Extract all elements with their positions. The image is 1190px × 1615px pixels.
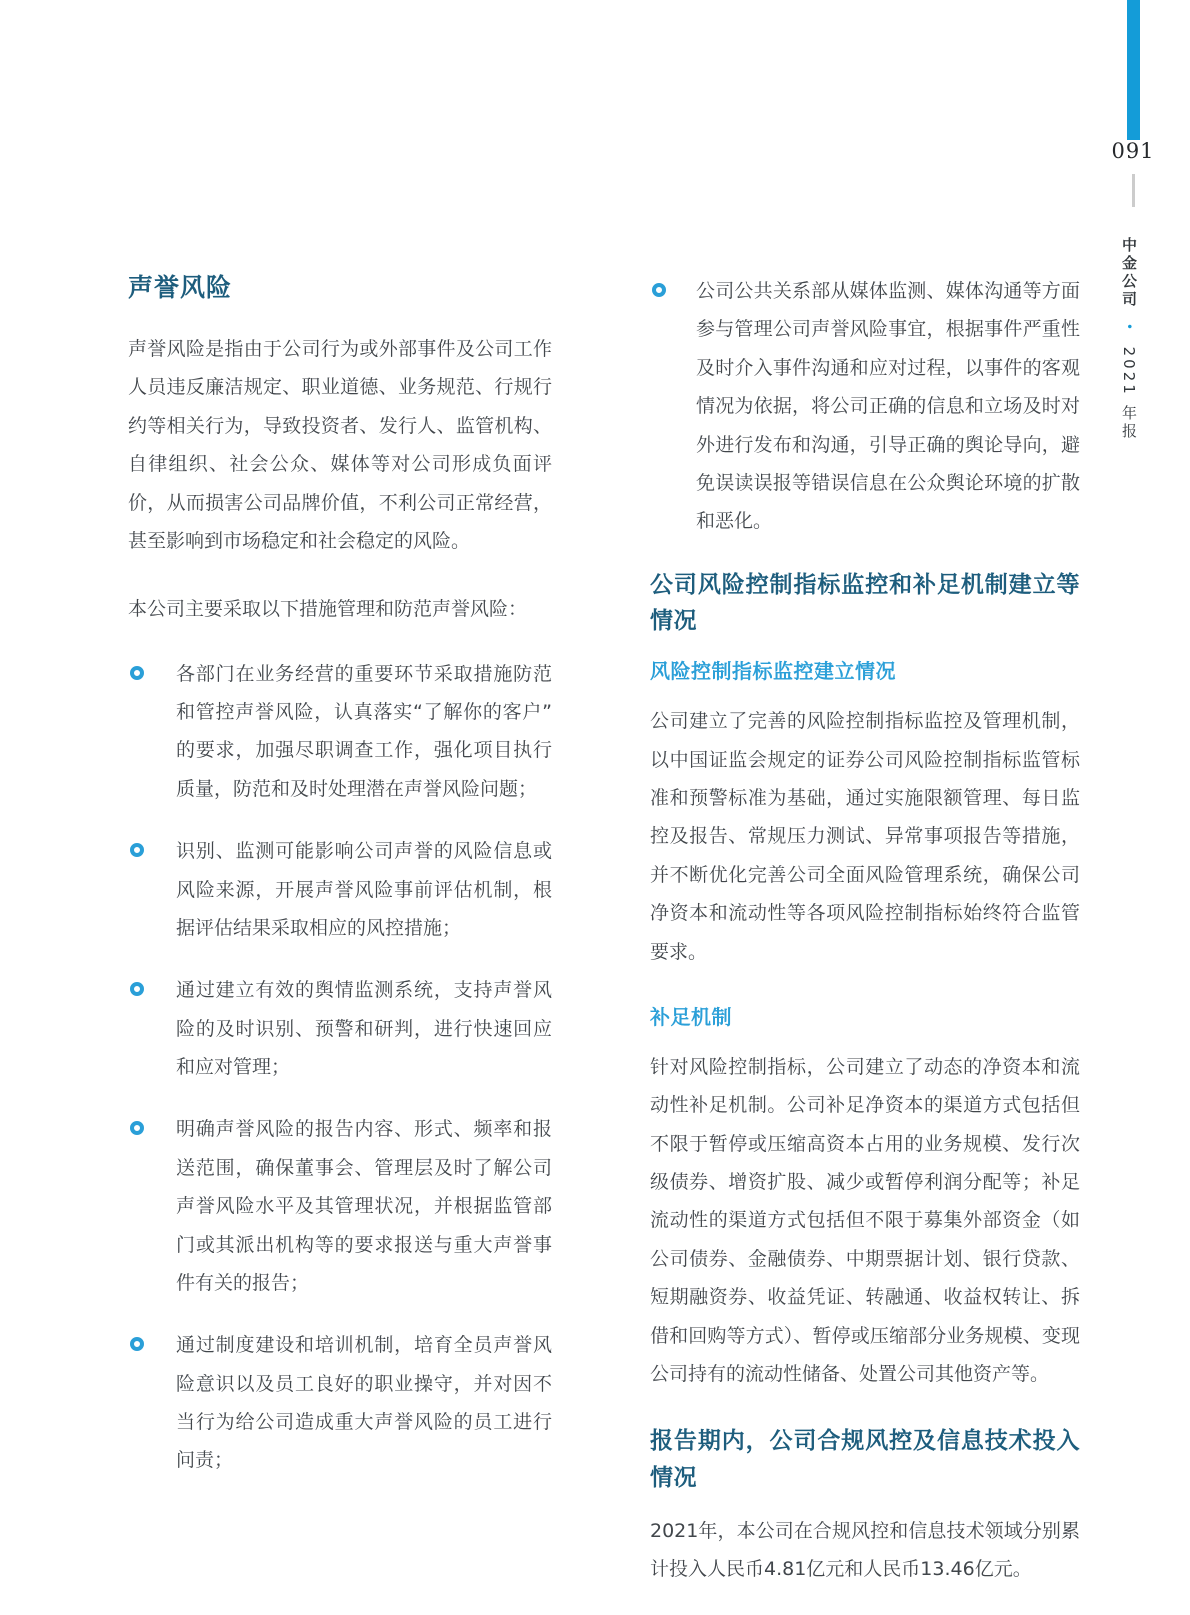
bullet-ring-icon — [130, 666, 144, 680]
page-number: 091 — [1106, 139, 1160, 163]
bullet-ring-icon — [130, 1121, 144, 1135]
bullet-ring-icon — [652, 283, 666, 297]
list-item: 通过建立有效的舆情监测系统，支持声誉风险的及时识别、预警和研判，进行快速回应和应… — [128, 971, 552, 1086]
list-item: 公司公共关系部从媒体监测、媒体沟通等方面参与管理公司声誉风险事宜，根据事件严重性… — [650, 272, 1080, 541]
replenishment-subheading: 补足机制 — [650, 1001, 1080, 1030]
list-item: 通过制度建设和培训机制，培育全员声誉风险意识以及员工良好的职业操守，并对因不当行… — [128, 1326, 552, 1480]
report-page: 091 中金公司 • 2021 年报 声誉风险 声誉风险是指由于公司行为或外部事… — [0, 0, 1190, 1615]
measures-lead: 本公司主要采取以下措施管理和防范声誉风险： — [128, 590, 552, 628]
margin-tick-line — [1132, 174, 1135, 207]
list-item-text: 通过制度建设和培训机制，培育全员声誉风险意识以及员工良好的职业操守，并对因不当行… — [176, 1334, 552, 1471]
risk-control-section-heading: 公司风险控制指标监控和补足机制建立等情况 — [650, 567, 1080, 640]
dot-separator-icon: • — [1122, 323, 1136, 333]
bullet-ring-icon — [130, 843, 144, 857]
bullet-ring-icon — [130, 1337, 144, 1351]
investment-paragraph: 2021年，本公司在合规风控和信息技术领域分别累计投入人民币4.81亿元和人民币… — [650, 1512, 1080, 1589]
margin-accent-bar — [1127, 0, 1140, 140]
reputation-risk-intro: 声誉风险是指由于公司行为或外部事件及公司工作人员违反廉洁规定、职业道德、业务规范… — [128, 330, 552, 560]
monitoring-subheading: 风险控制指标监控建立情况 — [650, 655, 1080, 684]
monitoring-paragraph: 公司建立了完善的风险控制指标监控及管理机制，以中国证监会规定的证券公司风险控制指… — [650, 702, 1080, 971]
list-item-text: 公司公共关系部从媒体监测、媒体沟通等方面参与管理公司声誉风险事宜，根据事件严重性… — [696, 280, 1080, 532]
bullet-ring-icon — [130, 982, 144, 996]
right-column: 公司公共关系部从媒体监测、媒体沟通等方面参与管理公司声誉风险事宜，根据事件严重性… — [650, 272, 1080, 1615]
list-item-text: 识别、监测可能影响公司声誉的风险信息或风险来源，开展声誉风险事前评估机制，根据评… — [176, 840, 552, 939]
report-edition: 2021 年报 — [1120, 347, 1138, 441]
list-item: 明确声誉风险的报告内容、形式、频率和报送范围，确保董事会、管理层及时了解公司声誉… — [128, 1110, 552, 1302]
measures-bullet-list: 各部门在业务经营的重要环节采取措施防范和管控声誉风险，认真落实“了解你的客户”的… — [128, 655, 552, 1480]
list-item: 识别、监测可能影响公司声誉的风险信息或风险来源，开展声誉风险事前评估机制，根据评… — [128, 832, 552, 947]
replenishment-paragraph: 针对风险控制指标，公司建立了动态的净资本和流动性补足机制。公司补足净资本的渠道方… — [650, 1048, 1080, 1393]
list-item: 各部门在业务经营的重要环节采取措施防范和管控声誉风险，认真落实“了解你的客户”的… — [128, 655, 552, 809]
pr-bullet-list: 公司公共关系部从媒体监测、媒体沟通等方面参与管理公司声誉风险事宜，根据事件严重性… — [650, 272, 1080, 541]
list-item-text: 通过建立有效的舆情监测系统，支持声誉风险的及时识别、预警和研判，进行快速回应和应… — [176, 979, 552, 1078]
vertical-running-title: 中金公司 • 2021 年报 — [1119, 237, 1140, 441]
list-item-text: 明确声誉风险的报告内容、形式、频率和报送范围，确保董事会、管理层及时了解公司声誉… — [176, 1118, 552, 1294]
investment-section-heading: 报告期内，公司合规风控及信息技术投入情况 — [650, 1423, 1080, 1496]
company-name: 中金公司 — [1120, 237, 1138, 309]
list-item-text: 各部门在业务经营的重要环节采取措施防范和管控声誉风险，认真落实“了解你的客户”的… — [176, 663, 552, 800]
left-column: 声誉风险 声誉风险是指由于公司行为或外部事件及公司工作人员违反廉洁规定、职业道德… — [128, 268, 552, 1504]
reputation-risk-heading: 声誉风险 — [128, 268, 552, 304]
